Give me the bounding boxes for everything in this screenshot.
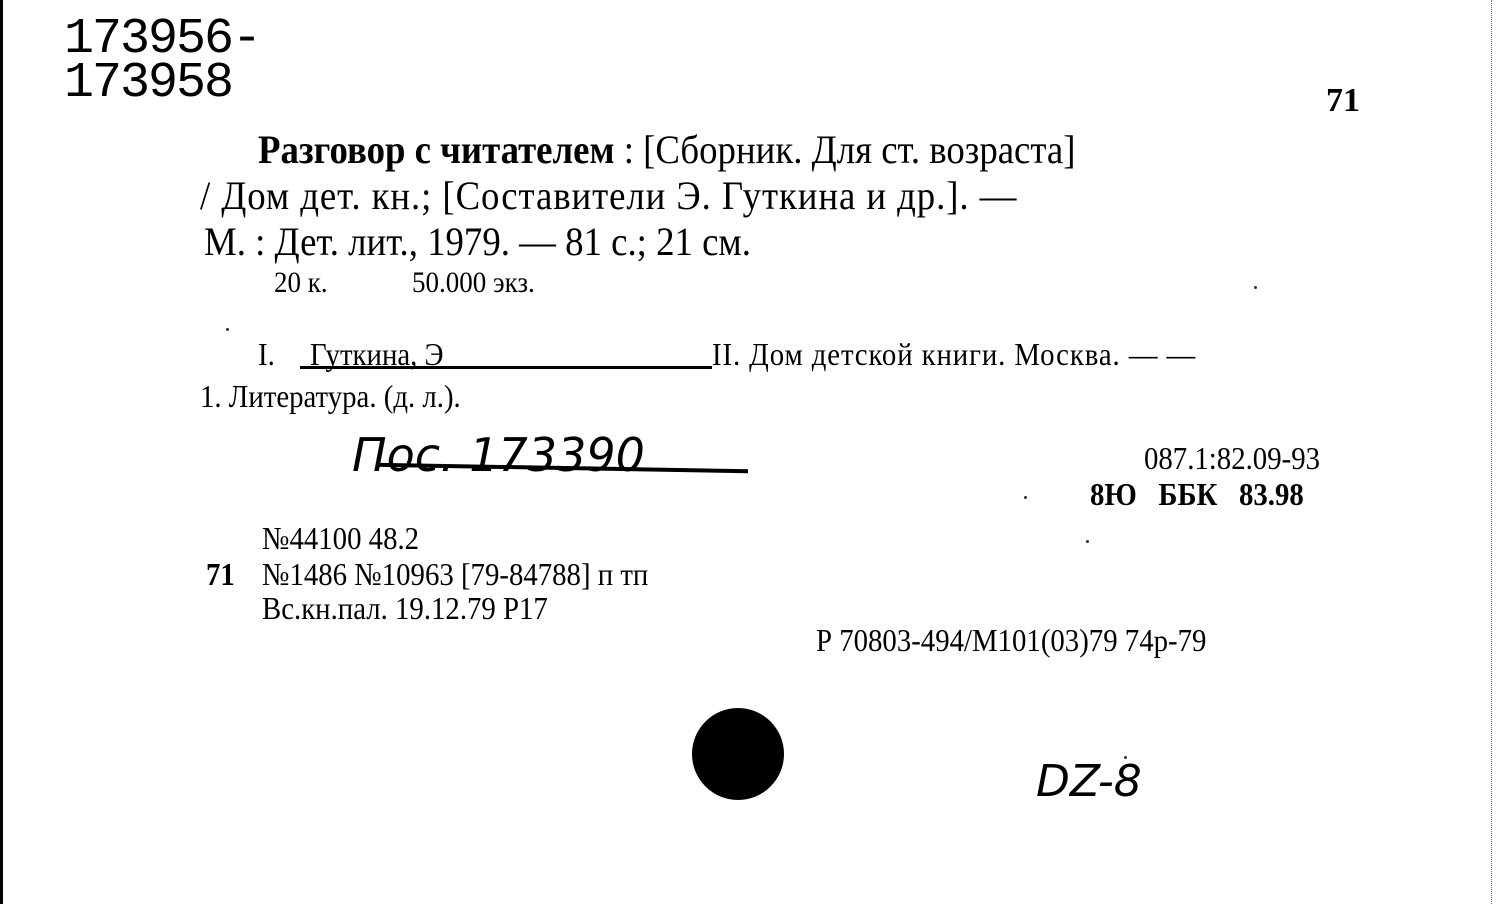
handwritten-note: Пос. 173390 — [352, 428, 645, 482]
registry-line-2: №1486 №10963 [79-84788] п тп — [262, 556, 648, 593]
scan-speck — [1024, 496, 1027, 499]
card-edge-right — [1490, 0, 1492, 904]
scan-speck — [1254, 286, 1257, 289]
price: 20 к. — [274, 266, 328, 300]
accession-stamp: 173956- 173958 — [64, 18, 260, 106]
title-line-1: Разговор с читателем : [Сборник. Для ст.… — [258, 126, 1076, 173]
udc-code: 087.1:82.09-93 — [1144, 440, 1320, 477]
scan-speck — [1124, 756, 1127, 759]
print-run: 50.000 экз. — [412, 266, 535, 300]
bbk-prefix: 8Ю — [1090, 476, 1137, 512]
tracing-item-1-prefix: I. — [258, 336, 275, 373]
punch-hole — [692, 708, 784, 800]
bbk-line: 8Ю ББК 83.98 — [1090, 476, 1304, 513]
index-code: Р 70803-494/М101(03)79 74р-79 — [816, 622, 1206, 659]
registry-line-2-prefix: 71 — [206, 556, 235, 593]
imprint-line: М. : Дет. лит., 1979. — 81 с.; 21 см. — [204, 218, 751, 265]
subject-heading: 1. Литература. (д. л.). — [200, 378, 461, 415]
card-edge-left — [0, 0, 3, 904]
bbk-code: 83.98 — [1239, 476, 1304, 512]
registry-line-1: №44100 48.2 — [262, 520, 419, 557]
title-line-2: / Дом дет. кн.; [Составители Э. Гуткина … — [200, 172, 1017, 219]
tracing-item-2: II. Дом детской книги. Москва. — — — [712, 336, 1196, 373]
handwritten-mark: DZ-8 — [1036, 756, 1142, 807]
bbk-label: ББК — [1158, 476, 1217, 512]
book-title: Разговор с читателем — [258, 127, 615, 172]
tracing-underline — [300, 366, 712, 369]
scan-speck — [226, 328, 229, 331]
scan-speck — [1086, 540, 1089, 543]
registry-line-3: Вс.кн.пал. 19.12.79 Р17 — [262, 590, 548, 627]
title-line-1-rest: : [Сборник. Для ст. возраста] — [615, 127, 1076, 172]
accession-stamp-line2: 173958 — [64, 62, 260, 106]
card-number: 71 — [1326, 82, 1360, 120]
